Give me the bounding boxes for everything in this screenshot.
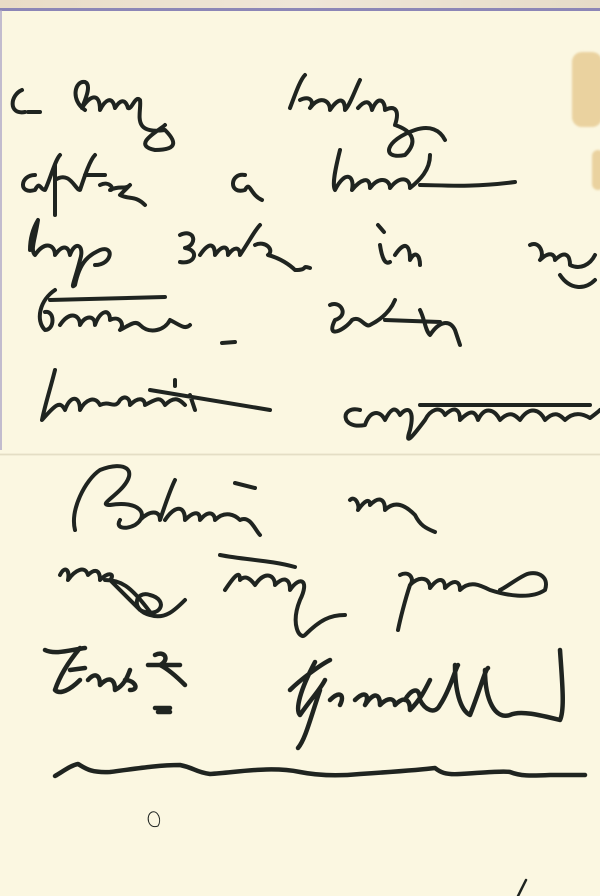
handwriting-ink xyxy=(0,0,600,896)
letter-page: I enjoy reading after a hard days work i… xyxy=(0,0,600,896)
